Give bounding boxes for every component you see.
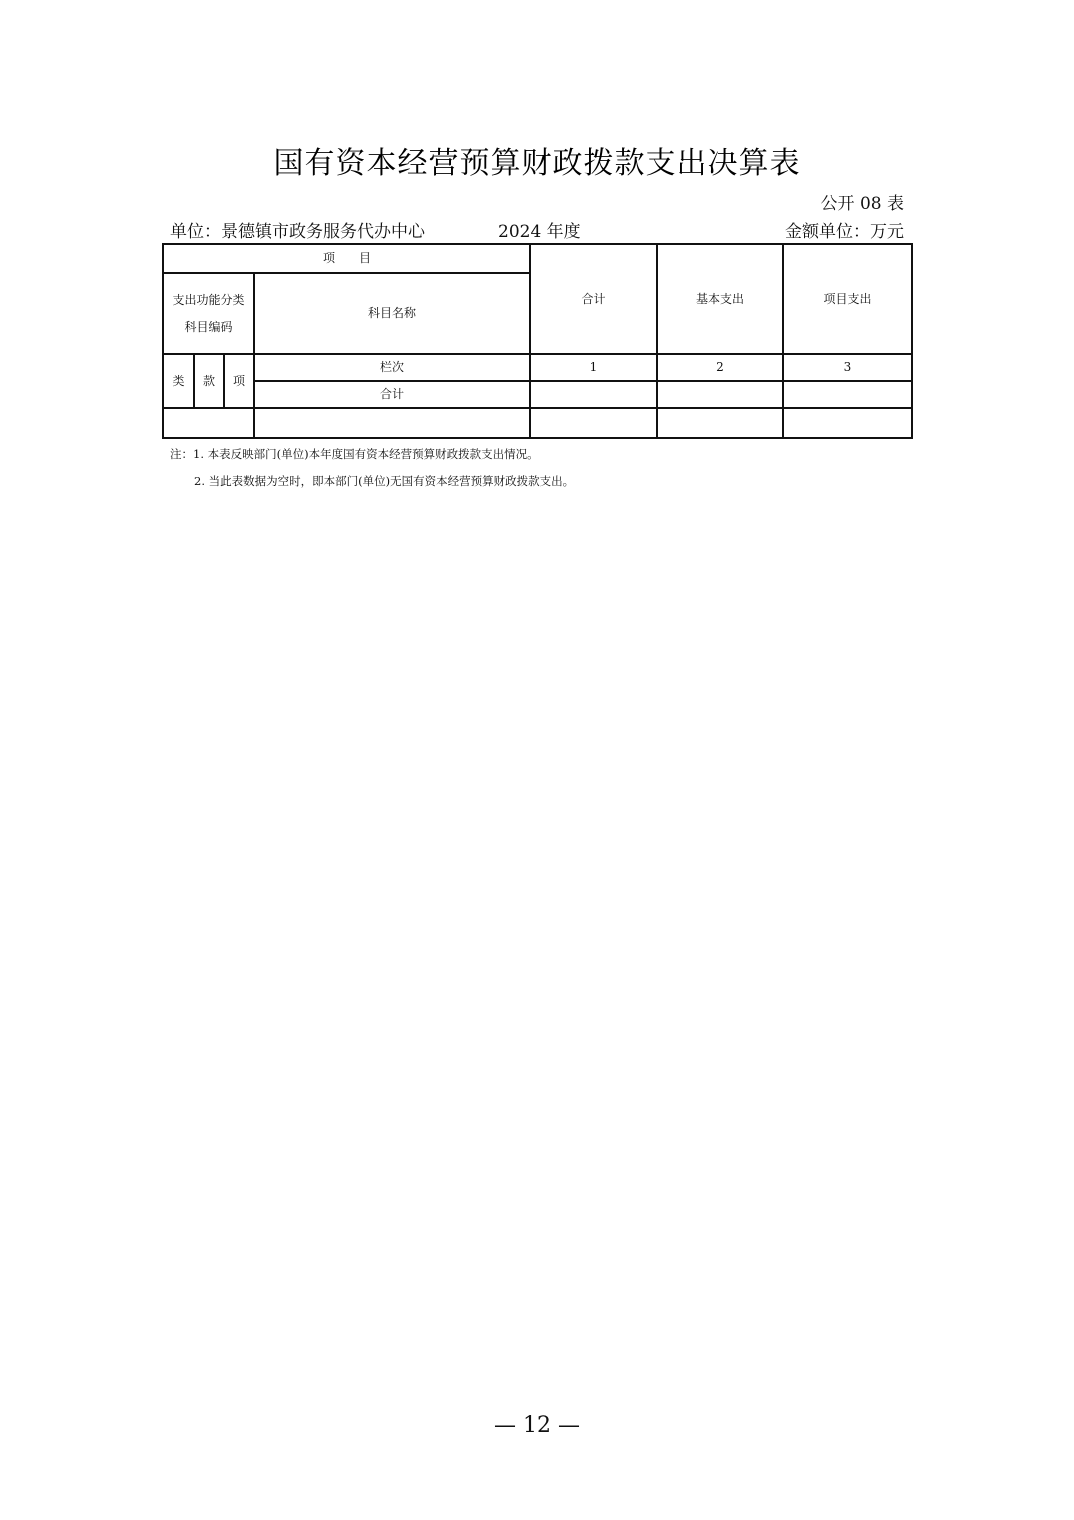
header-basic-expenditure: 基本支出 xyxy=(658,245,782,353)
header-code-line2: 科目编码 xyxy=(184,314,232,341)
header-function-code: 支出功能分类 科目编码 xyxy=(164,274,253,353)
note-2: 2. 当此表数据为空时，即本部门(单位)无国有资本经营预算财政拨款支出。 xyxy=(194,473,574,489)
table-row-basic xyxy=(658,409,782,437)
header-item: 项 目 xyxy=(164,245,530,272)
fiscal-year: 2024 年度 xyxy=(498,217,581,242)
header-subject-name: 科目名称 xyxy=(255,274,529,353)
page-title: 国有资本经营预算财政拨款支出决算表 xyxy=(0,138,1074,182)
form-number: 公开 08 表 xyxy=(821,189,904,214)
money-unit-label: 金额单位：万元 xyxy=(785,217,904,242)
header-project-expenditure: 项目支出 xyxy=(784,245,911,353)
unit-label: 单位：景德镇市政务服务代办中心 xyxy=(170,217,425,242)
page-number: — 12 — xyxy=(0,1413,1074,1438)
table-row-code xyxy=(164,409,253,437)
header-code-line1: 支出功能分类 xyxy=(172,287,244,314)
table-row-total xyxy=(531,409,656,437)
column-index-1: 1 xyxy=(531,355,656,380)
header-section: 款 xyxy=(195,355,223,407)
header-total: 合计 xyxy=(531,245,656,353)
table-border-bottom xyxy=(162,437,913,439)
header-subitem: 项 xyxy=(225,355,253,407)
note-1: 注：1. 本表反映部门(单位)本年度国有资本经营预算财政拨款支出情况。 xyxy=(170,446,539,462)
column-index-3: 3 xyxy=(784,355,911,380)
column-index-label: 栏次 xyxy=(255,355,529,380)
total-row-label: 合计 xyxy=(255,382,529,407)
column-index-2: 2 xyxy=(658,355,782,380)
table-border-right xyxy=(911,243,913,439)
header-category: 类 xyxy=(164,355,193,407)
table-row-project xyxy=(784,409,911,437)
table-row-name xyxy=(255,409,529,437)
